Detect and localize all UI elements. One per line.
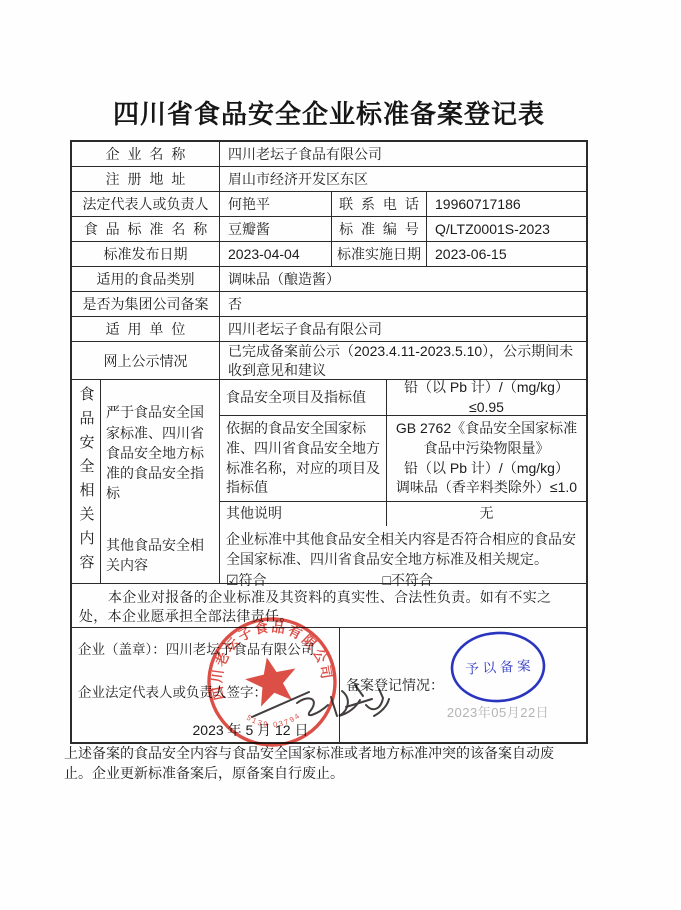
safety-project-label: 食品安全项目及指标值 (220, 380, 387, 415)
impl-date-label: 标准实施日期 (332, 242, 427, 266)
safety-project-row: 食品安全项目及指标值 铅（以 Pb 计）/（mg/kg）≤0.95 (220, 380, 586, 416)
legal-rep-label: 法定代表人或负责人 (72, 192, 220, 216)
row-company: 企 业 名 称 四川老坛子食品有限公司 (72, 142, 586, 167)
phone-label: 联 系 电 话 (332, 192, 427, 216)
other-content-text: 企业标准中其他食品安全相关内容是否符合相应的食品安全国家标准、四川省食品安全地方… (226, 531, 576, 567)
row-applicable-unit: 适 用 单 位 四川老坛子食品有限公司 (72, 317, 586, 342)
row-standard-name: 食 品 标 准 名 称 豆瓣酱 标 准 编 号 Q/LTZ0001S-2023 (72, 217, 586, 242)
safety-basis-value: GB 2762《食品安全国家标准 食品中污染物限量》 铅（以 Pb 计）/（mg… (387, 416, 586, 501)
other-content-label: 其他食品安全相关内容 (101, 526, 220, 584)
other-content-row: 其他食品安全相关内容 企业标准中其他食品安全相关内容是否符合相应的食品安全国家标… (101, 526, 586, 584)
company-value: 四川老坛子食品有限公司 (220, 142, 586, 166)
safety-basis-row: 依据的食品安全国家标准、四川省食品安全地方标准名称，对应的项目及指标值 GB 2… (220, 416, 586, 502)
company-signature-cell: 企业（盖章）：四川老坛子食品有限公司 企业法定代表人或负责人签字： 2023 年… (72, 628, 340, 742)
safety-section: 食品安全相关内容 严于食品安全国家标准、四川省食品安全地方标准的食品安全指标 食… (72, 380, 586, 584)
registration-table: 企 业 名 称 四川老坛子食品有限公司 注 册 地 址 眉山市经济开发区东区 法… (70, 140, 588, 744)
row-group-filing: 是否为集团公司备案 否 (72, 292, 586, 317)
std-name-value: 豆瓣酱 (220, 217, 332, 241)
safety-side-label: 食品安全相关内容 (72, 380, 101, 583)
row-address: 注 册 地 址 眉山市经济开发区东区 (72, 167, 586, 192)
checkbox-nonconform-unchecked: □不符合 (382, 572, 432, 588)
basis-line-1: GB 2762《食品安全国家标准 食品中污染物限量》 (391, 419, 582, 458)
food-category-label: 适用的食品类别 (72, 267, 220, 291)
address-label: 注 册 地 址 (72, 167, 220, 191)
declaration-row: 本企业对报备的企业标准及其资料的真实性、合法性负责。如有不实之处，本企业愿承担全… (72, 584, 586, 628)
row-dates: 标准发布日期 2023-04-04 标准实施日期 2023-06-15 (72, 242, 586, 267)
group-filing-label: 是否为集团公司备案 (72, 292, 220, 316)
address-value: 眉山市经济开发区东区 (220, 167, 586, 191)
std-name-label: 食 品 标 准 名 称 (72, 217, 220, 241)
declaration-text: 本企业对报备的企业标准及其资料的真实性、合法性负责。如有不实之处，本企业愿承担全… (79, 588, 579, 626)
signature-row: 企业（盖章）：四川老坛子食品有限公司 企业法定代表人或负责人签字： 2023 年… (72, 628, 586, 742)
publicity-label: 网上公示情况 (72, 342, 220, 379)
signature-date: 2023 年 5 月 12 日 (78, 720, 333, 740)
food-category-value: 调味品（酿造酱） (220, 267, 586, 291)
filing-approval-date: 2023年05月22日 (433, 702, 563, 721)
company-seal-line: 企业（盖章）：四川老坛子食品有限公司 (78, 638, 333, 658)
page-title: 四川省食品安全企业标准备案登记表 (70, 94, 588, 131)
row-food-category: 适用的食品类别 调味品（酿造酱） (72, 267, 586, 292)
applicable-unit-label: 适 用 单 位 (72, 317, 220, 341)
other-note-value: 无 (387, 502, 586, 526)
phone-value: 19960717186 (427, 192, 586, 216)
legal-rep-value: 何艳平 (220, 192, 332, 216)
basis-line-2: 铅（以 Pb 计）/（mg/kg） (404, 459, 569, 479)
applicable-unit-value: 四川老坛子食品有限公司 (220, 317, 586, 341)
safety-project-value: 铅（以 Pb 计）/（mg/kg）≤0.95 (387, 380, 586, 415)
std-no-value: Q/LTZ0001S-2023 (427, 217, 586, 241)
publish-date-label: 标准发布日期 (72, 242, 220, 266)
footnote-text: 上述备案的食品安全内容与食品安全国家标准或者地方标准冲突的该备案自动废止。企业更… (64, 744, 576, 783)
publicity-value: 已完成备案前公示（2023.4.11-2023.5.10），公示期间未收到意见和… (220, 342, 586, 379)
checkbox-conform-checked: ☑符合 (226, 572, 267, 588)
scanned-registration-form: 四川省食品安全企业标准备案登记表 企 业 名 称 四川老坛子食品有限公司 注 册… (0, 0, 681, 910)
rep-signature-line: 企业法定代表人或负责人签字： (78, 681, 333, 701)
impl-date-value: 2023-06-15 (427, 242, 586, 266)
safety-basis-label: 依据的食品安全国家标准、四川省食品安全地方标准名称，对应的项目及指标值 (220, 416, 387, 501)
std-no-label: 标 准 编 号 (332, 217, 427, 241)
filing-status-label: 备案登记情况： (346, 675, 444, 695)
other-note-row: 其他说明 无 (220, 502, 586, 526)
basis-line-3: 调味品（香辛料类除外）≤1.0 (396, 478, 577, 498)
stricter-standards-label: 严于食品安全国家标准、四川省食品安全地方标准的食品安全指标 (101, 380, 220, 526)
group-filing-value: 否 (220, 292, 586, 316)
company-label: 企 业 名 称 (72, 142, 220, 166)
other-note-label: 其他说明 (220, 502, 387, 526)
filing-status-cell: 备案登记情况： (340, 628, 586, 742)
row-legal-rep: 法定代表人或负责人 何艳平 联 系 电 话 19960717186 (72, 192, 586, 217)
other-content-value: 企业标准中其他食品安全相关内容是否符合相应的食品安全国家标准、四川省食品安全地方… (220, 526, 586, 584)
row-publicity: 网上公示情况 已完成备案前公示（2023.4.11-2023.5.10），公示期… (72, 342, 586, 380)
publish-date-value: 2023-04-04 (220, 242, 332, 266)
